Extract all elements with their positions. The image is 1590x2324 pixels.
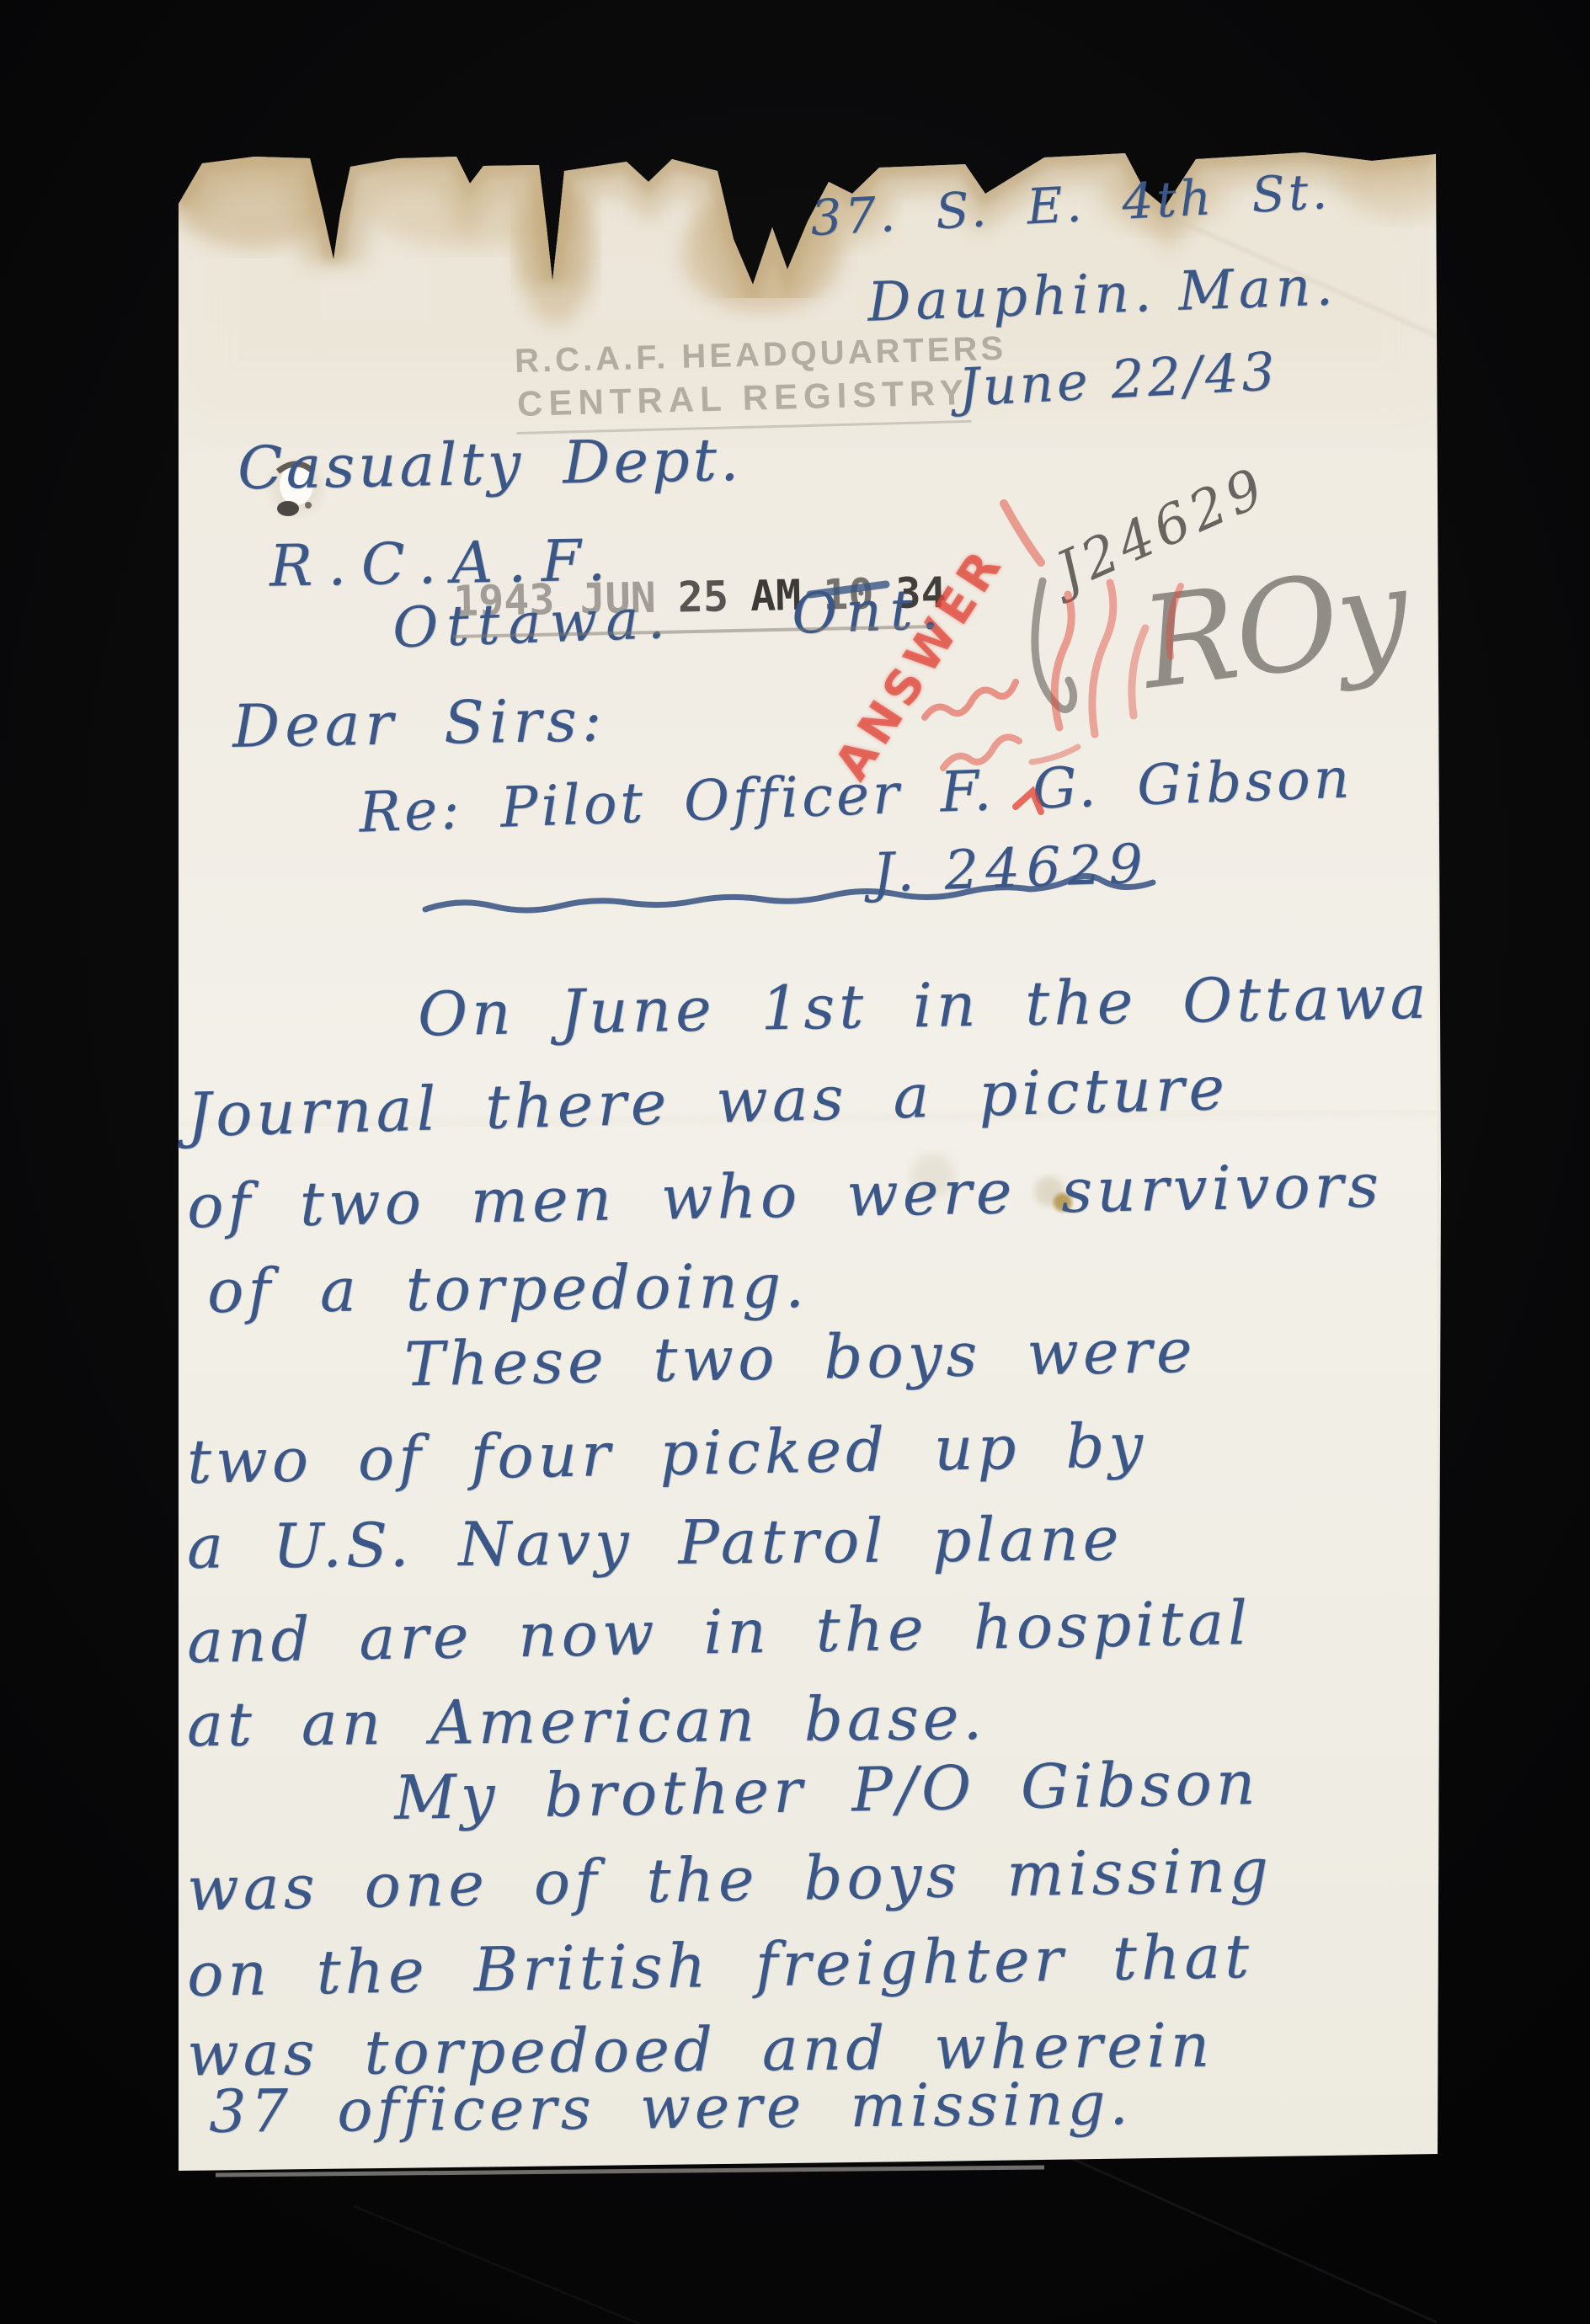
registry-stamp-line1: R.C.A.F. HEADQUARTERS: [515, 333, 970, 378]
body-line: at an American base.: [187, 1687, 987, 1755]
body-line: of a torpedoing.: [207, 1255, 809, 1321]
subject-line-1: Re: Pilot Officer F. G. Gibson: [358, 750, 1353, 840]
body-line: Journal there was a picture: [186, 1058, 1229, 1145]
registry-stamp-line2: CENTRAL REGISTRY: [515, 375, 971, 422]
body-line: was one of the boys missing: [186, 1840, 1273, 1919]
salutation: Dear Sirs:: [232, 690, 606, 756]
body-line: a U.S. Navy Patrol plane: [187, 1508, 1123, 1577]
edge-blotch: [1339, 143, 1457, 219]
body-line: two of four picked up by: [186, 1415, 1147, 1492]
body-line: of two men who were survivors: [186, 1155, 1383, 1237]
recipient-line-3: Ottawa. Ont.: [392, 582, 947, 657]
edge-shade: [1438, 160, 1439, 2152]
body-line: 37 officers were missing.: [209, 2074, 1133, 2141]
body-line: and are now in the hospital: [186, 1592, 1251, 1671]
scan-streak: [354, 2206, 640, 2324]
pencil-initials: ROy: [1135, 550, 1414, 707]
address-line-2: Dauphin. Man.: [867, 259, 1338, 329]
body-line: On June 1st in the Ottawa: [417, 967, 1431, 1045]
paper-bottom-sliver: [216, 2167, 1044, 2175]
subject-line-2: J. 24629: [872, 837, 1150, 900]
address-line-1: 37. S. E. 4th St.: [809, 167, 1331, 243]
edge-blotch: [362, 156, 581, 248]
ink-blot: [277, 501, 299, 516]
edge-blotch: [518, 181, 594, 324]
body-line: on the British freighter that: [186, 1926, 1253, 2005]
photo-background: R.C.A.F. HEADQUARTERS CENTRAL REGISTRY 1…: [0, 0, 1590, 2324]
body-line: My brother P/O Gibson: [393, 1752, 1259, 1828]
registry-stamp: R.C.A.F. HEADQUARTERS CENTRAL REGISTRY: [515, 333, 972, 434]
body-line: These two boys were: [403, 1320, 1197, 1394]
letter-date: June 22/43: [958, 345, 1280, 414]
ink-blot: [305, 502, 312, 509]
recipient-line-2: R.C.A.F.: [269, 532, 621, 595]
recipient-line-1: Casualty Dept.: [237, 430, 742, 498]
pencil-scribble: [1035, 581, 1074, 709]
edge-blotch: [168, 147, 337, 248]
